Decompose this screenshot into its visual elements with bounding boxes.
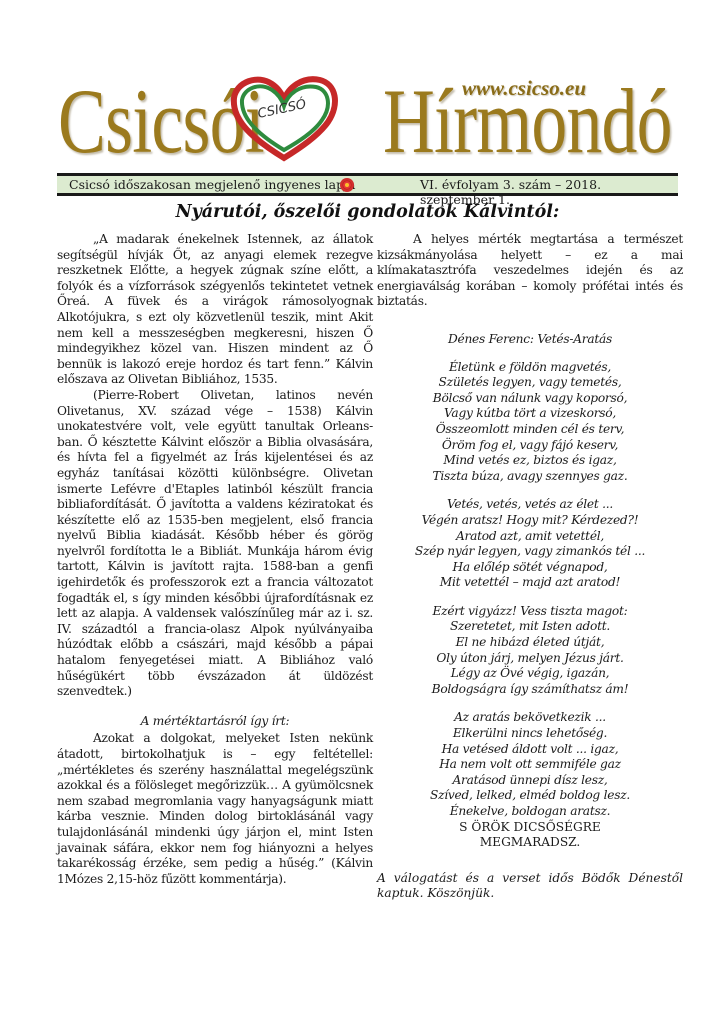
poem-line: Szép nyár legyen, vagy zimankós tél ... <box>377 544 683 560</box>
website-url[interactable]: www.csicso.eu <box>462 76 586 101</box>
poem-line: Összeomlott minden cél és terv, <box>377 422 683 438</box>
left-column: „A madarak énekelnek Istennek, az állato… <box>57 232 373 887</box>
right-column: A helyes mérték megtartása a természet k… <box>377 232 683 902</box>
paragraph: „A madarak énekelnek Istennek, az állato… <box>57 232 373 388</box>
poem-line: Ezért vigyázz! Vess tiszta magot: <box>377 604 683 620</box>
poem-line: Ha előlép sötét végnapod, <box>377 560 683 576</box>
poem-line: Öröm fog el, vagy fájó keserv, <box>377 438 683 454</box>
poem-line: Bölcső van nálunk vagy koporsó, <box>377 391 683 407</box>
masthead: Csicsói CSICSÓ Hírmondó www.csicso.eu <box>50 72 690 170</box>
poem-line: El ne hibázd életed útját, <box>377 635 683 651</box>
poem-line: Oly úton járj, melyen Jézus járt. <box>377 651 683 667</box>
poem-line: Szíved, lelked, elméd boldog lesz. <box>377 788 683 804</box>
poem-line: Aratod azt, amit vetettél, <box>377 529 683 545</box>
poem-line-caps: MEGMARADSZ. <box>377 835 683 851</box>
quote-paragraph: Azokat a dolgokat, melyeket Isten nekünk… <box>57 731 373 887</box>
poem-line: Vetés, vetés, vetés az élet ... <box>377 497 683 513</box>
closing-note: A válogatást és a verset idős Bödők Déne… <box>377 871 683 902</box>
poem-line: Elkerülni nincs lehetőség. <box>377 726 683 742</box>
info-bar: Csicsó időszakosan megjelenő ingyenes la… <box>57 173 678 196</box>
poem-line: Szeretetet, mit Isten adott. <box>377 619 683 635</box>
poem-line: Légy az Övé végig, igazán, <box>377 666 683 682</box>
poem-line: Az aratás bekövetkezik ... <box>377 710 683 726</box>
heart-logo-icon: CSICSÓ <box>228 74 340 162</box>
poem-line-caps: S ÖRÖK DICSŐSÉGRE <box>377 820 683 836</box>
poem-line: Vagy kútba tört a vizeskorsó, <box>377 406 683 422</box>
poem-line: Születés legyen, vagy temetés, <box>377 375 683 391</box>
subheading: A mértéktartásról így írt: <box>57 714 373 730</box>
poem-line: Életünk e földön magvetés, <box>377 360 683 376</box>
poem-line: Énekelve, boldogan aratsz. <box>377 804 683 820</box>
poem-line: Boldogságra így számíthatsz ám! <box>377 682 683 698</box>
paragraph: (Pierre-Robert Olivetan, latinos nevén O… <box>57 388 373 700</box>
poem-line: Ha vetésed áldott volt ... igaz, <box>377 742 683 758</box>
article-title: Nyárutói, őszelői gondolatok Kálvintól: <box>57 202 678 222</box>
poem-stanza: Az aratás bekövetkezik ... Elkerülni nin… <box>377 710 683 850</box>
poem-stanza: Ezért vigyázz! Vess tiszta magot: Szeret… <box>377 604 683 698</box>
rose-icon <box>339 177 355 193</box>
poem-line: Végén aratsz! Hogy mit? Kérdezed?! <box>377 513 683 529</box>
poem-title: Dénes Ferenc: Vetés-Aratás <box>377 332 683 348</box>
poem-line: Aratásod ünnepi dísz lesz, <box>377 773 683 789</box>
poem-line: Tiszta búza, avagy szennyes gaz. <box>377 469 683 485</box>
poem-line: Ha nem volt ott semmiféle gaz <box>377 757 683 773</box>
poem-stanza: Vetés, vetés, vetés az élet ... Végén ar… <box>377 497 683 591</box>
poem-line: Mit vetettél – majd azt aratod! <box>377 575 683 591</box>
poem-stanza: Életünk e földön magvetés, Születés legy… <box>377 360 683 485</box>
publication-tagline: Csicsó időszakosan megjelenő ingyenes la… <box>69 177 355 192</box>
poem-line: Mind vetés ez, biztos és igaz, <box>377 453 683 469</box>
intro-paragraph: A helyes mérték megtartása a természet k… <box>377 232 683 310</box>
